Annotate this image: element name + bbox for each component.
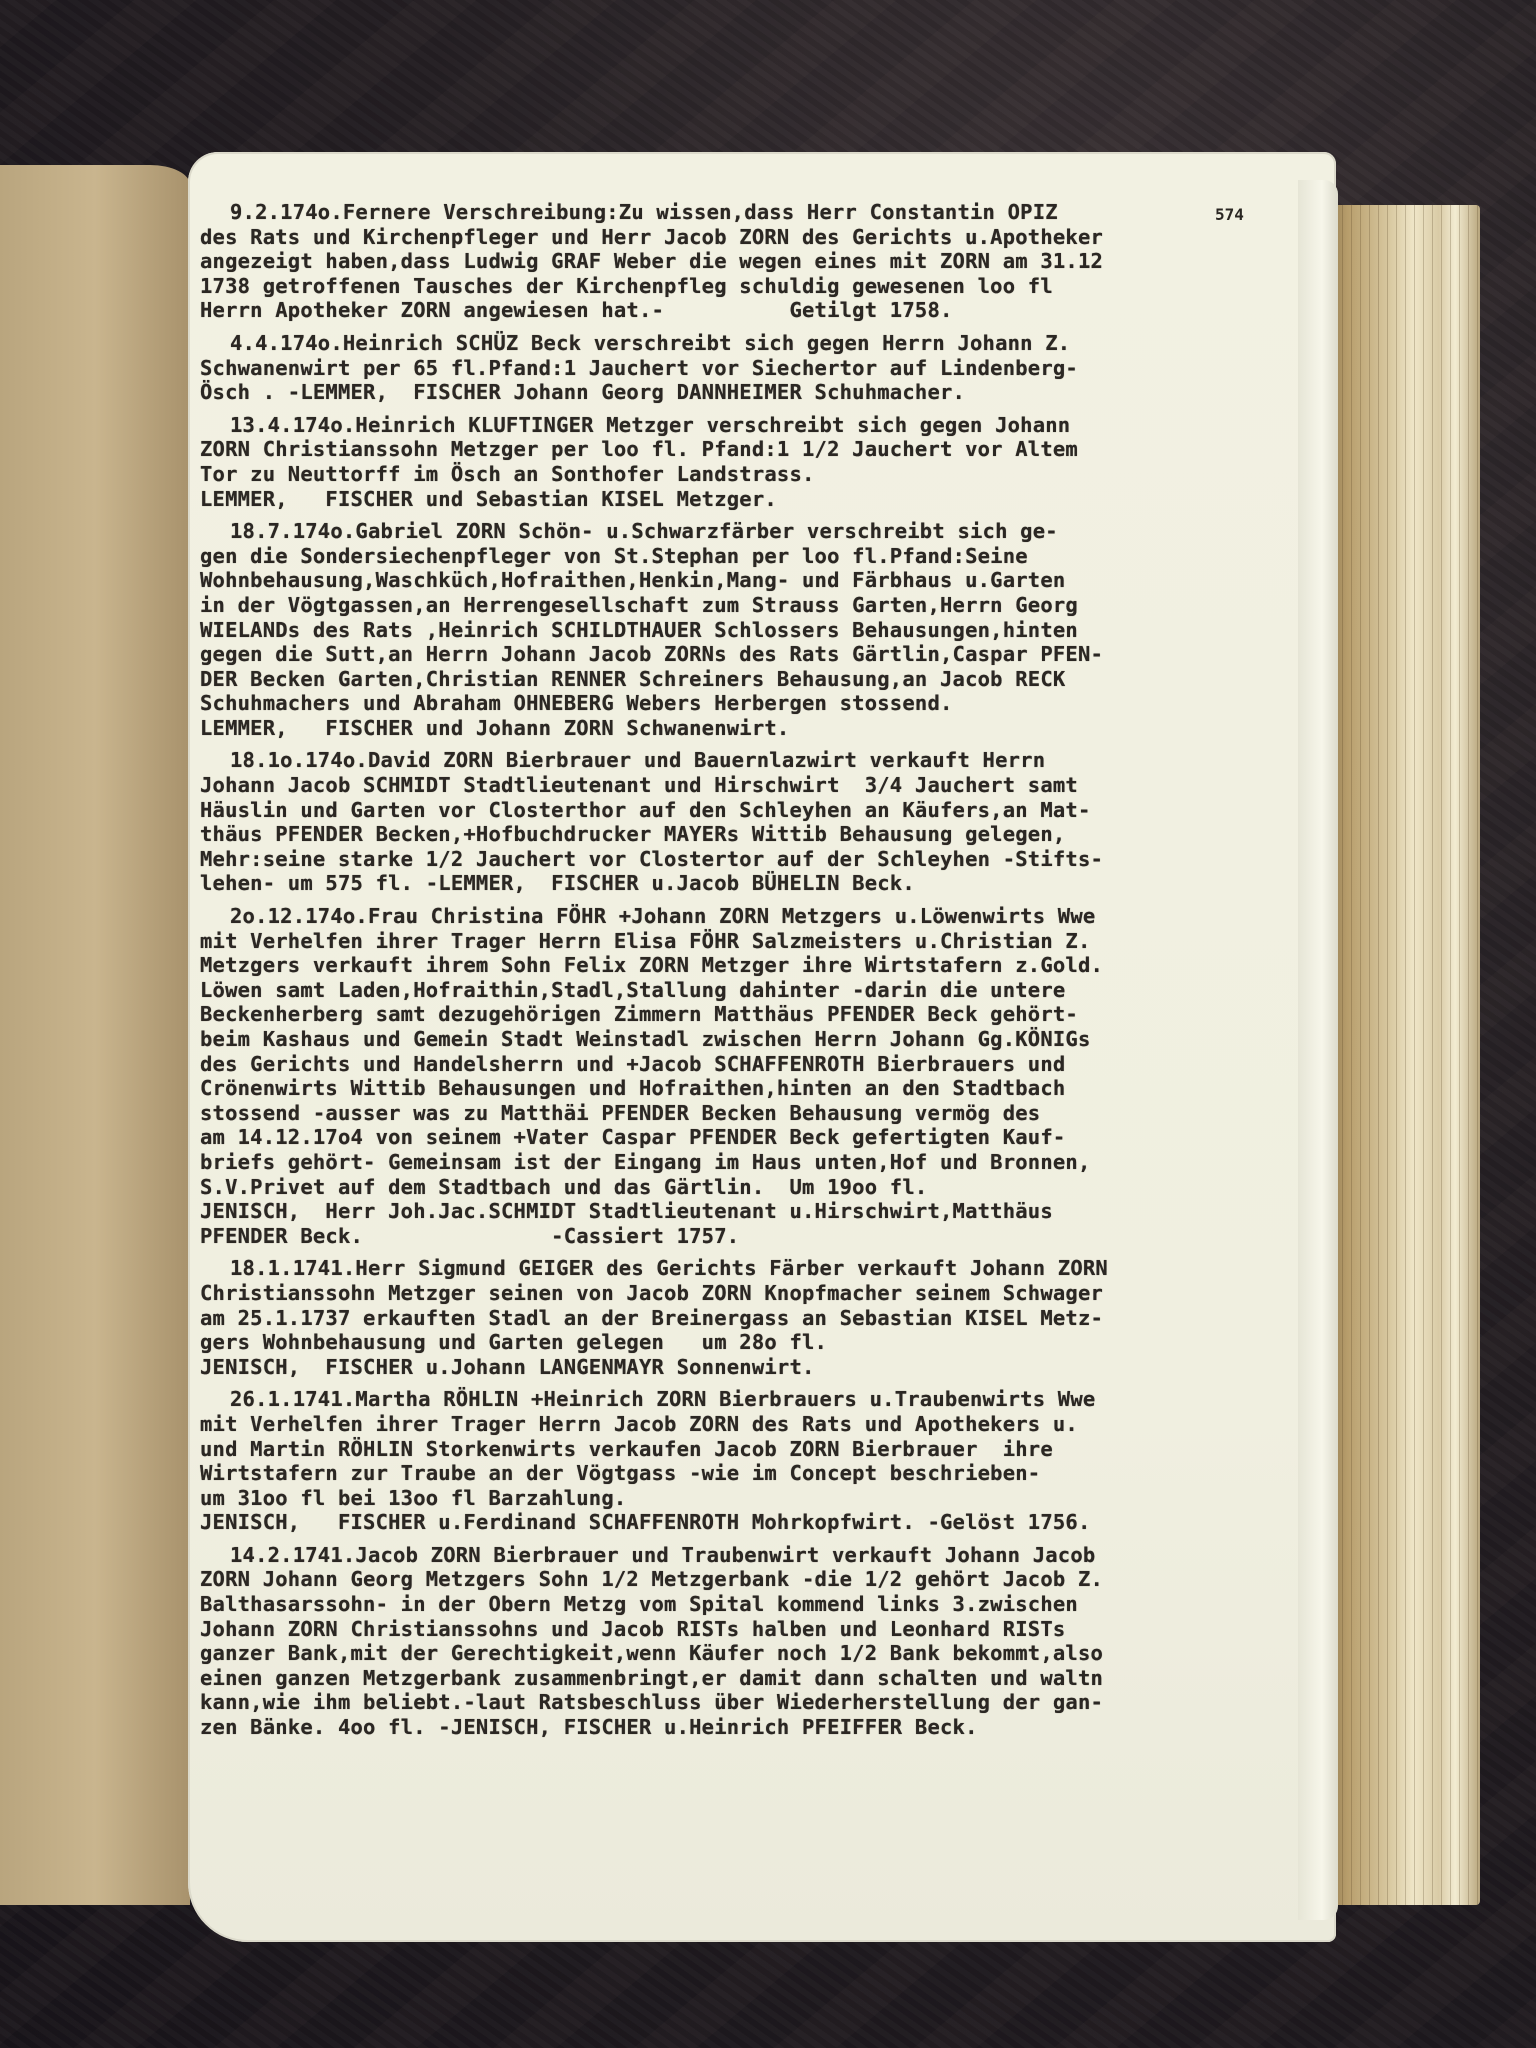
entry-line: gers Wohnbehausung und Garten gelegen um… [200,1330,1310,1355]
record-entry: 4.4.174o.Heinrich SCHÜZ Beck verschreibt… [200,331,1310,405]
entry-line: um 31oo fl bei 13oo fl Barzahlung. [200,1486,1310,1511]
entry-line: WIELANDs des Rats ,Heinrich SCHILDTHAUER… [200,618,1310,643]
entry-heading-line: 26.1.1741.Martha RÖHLIN +Heinrich ZORN B… [200,1387,1310,1412]
entry-line: am 25.1.1737 erkauften Stadl an der Brei… [200,1306,1310,1331]
record-entry: 13.4.174o.Heinrich KLUFTINGER Metzger ve… [200,413,1310,511]
entry-line: Balthasarssohn- in der Obern Metzg vom S… [200,1592,1310,1617]
entry-line: einen ganzen Metzgerbank zusammenbringt,… [200,1666,1310,1691]
entry-line: DER Becken Garten,Christian RENNER Schre… [200,667,1310,692]
entry-line: mit Verhelfen ihrer Trager Herrn Elisa F… [200,929,1310,954]
entry-line: kann,wie ihm beliebt.-laut Ratsbeschluss… [200,1690,1310,1715]
entry-line: JENISCH, FISCHER u.Johann LANGENMAYR Son… [200,1355,1310,1380]
record-entry: 2o.12.174o.Frau Christina FÖHR +Johann Z… [200,904,1310,1248]
entry-line: Crönenwirts Wittib Behausungen und Hofra… [200,1076,1310,1101]
entry-line: ganzer Bank,mit der Gerechtigkeit,wenn K… [200,1641,1310,1666]
entry-line: Tor zu Neuttorff im Ösch an Sonthofer La… [200,462,1310,487]
entry-line: Wirtstafern zur Traube an der Vögtgass -… [200,1461,1310,1486]
entry-line: am 14.12.17o4 von seinem +Vater Caspar P… [200,1125,1310,1150]
entry-line: gegen die Sutt,an Herrn Johann Jacob ZOR… [200,642,1310,667]
record-entry: 18.1o.174o.David ZORN Bierbrauer und Bau… [200,748,1310,896]
entry-line: PFENDER Beck. -Cassiert 1757. [200,1224,1310,1249]
entry-line: Ösch . -LEMMER, FISCHER Johann Georg DAN… [200,380,1310,405]
record-entry: 9.2.174o.Fernere Verschreibung:Zu wissen… [200,200,1310,323]
left-page [0,165,190,1905]
entry-heading-line: 18.1o.174o.David ZORN Bierbrauer und Bau… [200,748,1310,773]
document-body: 9.2.174o.Fernere Verschreibung:Zu wissen… [200,200,1310,1748]
entry-line: in der Vögtgassen,an Herrengesellschaft … [200,593,1310,618]
record-entry: 26.1.1741.Martha RÖHLIN +Heinrich ZORN B… [200,1387,1310,1535]
entry-line: LEMMER, FISCHER und Sebastian KISEL Metz… [200,487,1310,512]
entry-line: 1738 getroffenen Tausches der Kirchenpfl… [200,274,1310,299]
entry-line: S.V.Privet auf dem Stadtbach und das Gär… [200,1175,1310,1200]
entry-line: ZORN Christianssohn Metzger per loo fl. … [200,437,1310,462]
entry-line: JENISCH, FISCHER u.Ferdinand SCHAFFENROT… [200,1510,1310,1535]
entry-line: thäus PFENDER Becken,+Hofbuchdrucker MAY… [200,822,1310,847]
entry-line: Häuslin und Garten vor Closterthor auf d… [200,798,1310,823]
entry-line: Schuhmachers und Abraham OHNEBERG Webers… [200,691,1310,716]
record-entry: 18.7.174o.Gabriel ZORN Schön- u.Schwarzf… [200,519,1310,740]
entry-line: JENISCH, Herr Joh.Jac.SCHMIDT Stadtlieut… [200,1199,1310,1224]
entry-line: Johann Jacob SCHMIDT Stadtlieutenant und… [200,773,1310,798]
entry-line: Christianssohn Metzger seinen von Jacob … [200,1281,1310,1306]
entry-line: lehen- um 575 fl. -LEMMER, FISCHER u.Jac… [200,871,1310,896]
entry-line: ZORN Johann Georg Metzgers Sohn 1/2 Metz… [200,1567,1310,1592]
entry-line: angezeigt haben,dass Ludwig GRAF Weber d… [200,249,1310,274]
entry-line: Wohnbehausung,Waschküch,Hofraithen,Henki… [200,568,1310,593]
entry-heading-line: 18.1.1741.Herr Sigmund GEIGER des Gerich… [200,1256,1310,1281]
entry-heading-line: 4.4.174o.Heinrich SCHÜZ Beck verschreibt… [200,331,1310,356]
entry-line: Schwanenwirt per 65 fl.Pfand:1 Jauchert … [200,356,1310,381]
entry-line: und Martin RÖHLIN Storkenwirts verkaufen… [200,1437,1310,1462]
entry-line: Metzgers verkauft ihrem Sohn Felix ZORN … [200,953,1310,978]
entry-line: gen die Sondersiechenpfleger von St.Step… [200,544,1310,569]
page-stack-edge [1315,205,1480,1905]
entry-line: Johann ZORN Christianssohns und Jacob RI… [200,1617,1310,1642]
entry-line: LEMMER, FISCHER und Johann ZORN Schwanen… [200,716,1310,741]
entry-heading-line: 9.2.174o.Fernere Verschreibung:Zu wissen… [200,200,1310,225]
entry-line: briefs gehört- Gemeinsam ist der Eingang… [200,1150,1310,1175]
entry-line: mit Verhelfen ihrer Trager Herrn Jacob Z… [200,1412,1310,1437]
entry-line: Herrn Apotheker ZORN angewiesen hat.- Ge… [200,298,1310,323]
entry-heading-line: 13.4.174o.Heinrich KLUFTINGER Metzger ve… [200,413,1310,438]
record-entry: 14.2.1741.Jacob ZORN Bierbrauer und Trau… [200,1543,1310,1740]
entry-line: beim Kashaus und Gemein Stadt Weinstadl … [200,1027,1310,1052]
entry-line: stossend -ausser was zu Matthäi PFENDER … [200,1101,1310,1126]
entry-heading-line: 18.7.174o.Gabriel ZORN Schön- u.Schwarzf… [200,519,1310,544]
entry-line: des Rats und Kirchenpfleger und Herr Jac… [200,225,1310,250]
entry-line: Mehr:seine starke 1/2 Jauchert vor Clost… [200,847,1310,872]
entry-line: Beckenherberg samt dezugehörigen Zimmern… [200,1002,1310,1027]
entry-line: zen Bänke. 4oo fl. -JENISCH, FISCHER u.H… [200,1715,1310,1740]
entry-line: des Gerichts und Handelsherrn und +Jacob… [200,1052,1310,1077]
record-entry: 18.1.1741.Herr Sigmund GEIGER des Gerich… [200,1256,1310,1379]
entry-heading-line: 2o.12.174o.Frau Christina FÖHR +Johann Z… [200,904,1310,929]
entry-heading-line: 14.2.1741.Jacob ZORN Bierbrauer und Trau… [200,1543,1310,1568]
entry-line: Löwen samt Laden,Hofraithin,Stadl,Stallu… [200,978,1310,1003]
